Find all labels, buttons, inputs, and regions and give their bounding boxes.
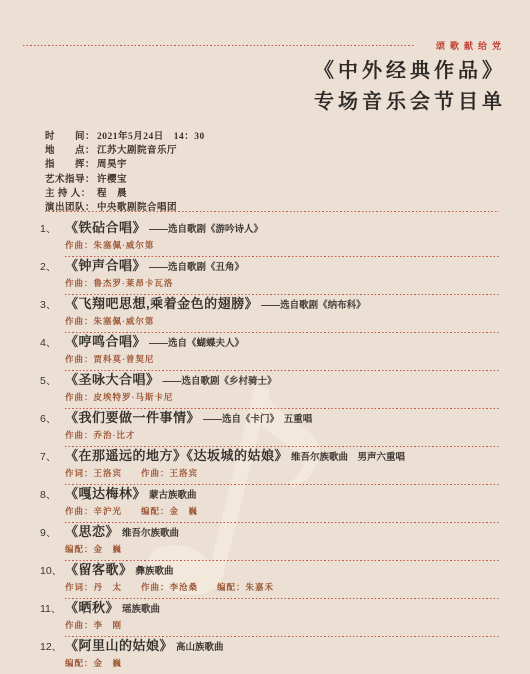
credit-line: 作曲：李 刚 bbox=[65, 619, 499, 631]
item-number: 4、 bbox=[40, 335, 65, 350]
program-item-1: 1、 《铁砧合唱》 ——选自歌剧《游吟诗人》 作曲：朱塞佩·威尔第 bbox=[40, 217, 499, 255]
item-separator bbox=[65, 484, 499, 485]
song-title: 《铁砧合唱》 bbox=[65, 217, 146, 236]
song-title: 《在那遥远的地方》《达坂城的姑娘》 bbox=[65, 445, 288, 464]
credit-line: 作曲：乔治·比才 bbox=[65, 429, 499, 441]
program-item-5: 5、 《圣咏大合唱》 ——选自歌剧《乡村骑士》 作曲：皮埃特罗·马斯卡尼 bbox=[40, 369, 499, 407]
program-item-2: 2、 《钟声合唱》 ——选自歌剧《丑角》 作曲：鲁杰罗·莱昂卡瓦洛 bbox=[40, 255, 499, 293]
credit-line: 作词：王洛宾 作曲：王洛宾 bbox=[65, 467, 499, 479]
program-list: 1、 《铁砧合唱》 ——选自歌剧《游吟诗人》 作曲：朱塞佩·威尔第 2、 《钟声… bbox=[40, 217, 499, 673]
info-row-artistic-director: 艺术指导：许樱宝 bbox=[45, 173, 205, 187]
item-number: 12、 bbox=[40, 639, 65, 654]
credit-line: 编配：金 巍 bbox=[65, 657, 499, 669]
info-separator bbox=[45, 211, 499, 212]
program-item-7: 7、 《在那遥远的地方》《达坂城的姑娘》 维吾尔族歌曲 男声六重唱 作词：王洛宾… bbox=[40, 445, 499, 483]
program-item-3: 3、 《飞翔吧思想,乘着金色的翅膀》 ——选自歌剧《纳布科》 作曲：朱塞佩·威尔… bbox=[40, 293, 499, 331]
info-row-conductor: 指 挥：周昊宇 bbox=[45, 158, 205, 172]
info-value: 2021年5月24日 14：30 bbox=[97, 132, 205, 142]
item-number: 7、 bbox=[40, 449, 65, 464]
program-item-8: 8、 《嘎达梅林》 蒙古族歌曲 作曲：辛沪光 编配：金 巍 bbox=[40, 483, 499, 521]
program-item-6: 6、 《我们要做一件事情》 ——选自《卡门》 五重唱 作曲：乔治·比才 bbox=[40, 407, 499, 445]
credit-line: 作曲：鲁杰罗·莱昂卡瓦洛 bbox=[65, 277, 499, 289]
credit-line: 作曲：朱塞佩·威尔第 bbox=[65, 315, 499, 327]
credit-line: 作曲：朱塞佩·威尔第 bbox=[65, 239, 499, 251]
program-item-4: 4、 《哼鸣合唱》 ——选自《蝴蝶夫人》 作曲：贾科莫·普契尼 bbox=[40, 331, 499, 369]
info-label: 地 点： bbox=[45, 144, 97, 158]
item-number: 9、 bbox=[40, 525, 65, 540]
song-subtitle: 高山族歌曲 bbox=[176, 639, 224, 653]
info-label: 艺术指导： bbox=[45, 173, 97, 187]
page-title-line1: 《中外经典作品》 bbox=[314, 56, 506, 87]
item-separator bbox=[65, 522, 499, 523]
song-title: 《钟声合唱》 bbox=[65, 255, 146, 274]
song-title: 《阿里山的姑娘》 bbox=[65, 635, 173, 654]
item-separator bbox=[65, 294, 499, 295]
item-separator bbox=[65, 256, 499, 257]
item-number: 5、 bbox=[40, 373, 65, 388]
song-subtitle: ——选自《卡门》 五重唱 bbox=[203, 411, 312, 425]
song-subtitle: 维吾尔族歌曲 bbox=[122, 525, 179, 539]
song-subtitle: ——选自歌剧《乡村骑士》 bbox=[163, 373, 277, 387]
song-title: 《晒秋》 bbox=[65, 597, 119, 616]
item-separator bbox=[65, 332, 499, 333]
song-title: 《哼鸣合唱》 bbox=[65, 331, 146, 350]
credit-line: 作曲：皮埃特罗·马斯卡尼 bbox=[65, 391, 499, 403]
page-title-line2: 专场音乐会节目单 bbox=[314, 87, 506, 118]
item-separator bbox=[65, 370, 499, 371]
program-item-10: 10、 《留客歌》 彝族歌曲 作词：丹 太 作曲：李沧桑 编配：朱嘉禾 bbox=[40, 559, 499, 597]
song-subtitle: ——选自《蝴蝶夫人》 bbox=[149, 335, 244, 349]
song-title: 《思恋》 bbox=[65, 521, 119, 540]
header-dashed-rule bbox=[23, 45, 414, 46]
song-subtitle: 彝族歌曲 bbox=[136, 563, 174, 577]
info-row-ensemble: 演出团队：中央歌剧院合唱团 bbox=[45, 201, 205, 215]
item-number: 3、 bbox=[40, 297, 65, 312]
item-separator bbox=[65, 446, 499, 447]
info-row-venue: 地 点：江苏大剧院音乐厅 bbox=[45, 144, 205, 158]
credit-line: 编配：金 巍 bbox=[65, 543, 499, 555]
item-number: 11、 bbox=[40, 601, 65, 616]
item-separator bbox=[65, 636, 499, 637]
info-label: 指 挥： bbox=[45, 158, 97, 172]
song-subtitle: 蒙古族歌曲 bbox=[149, 487, 197, 501]
item-separator bbox=[65, 408, 499, 409]
page-title: 《中外经典作品》 专场音乐会节目单 bbox=[314, 56, 506, 118]
song-title: 《圣咏大合唱》 bbox=[65, 369, 160, 388]
item-separator bbox=[65, 598, 499, 599]
info-label: 时 间： bbox=[45, 130, 97, 144]
song-subtitle: 维吾尔族歌曲 男声六重唱 bbox=[291, 449, 405, 463]
item-number: 10、 bbox=[40, 563, 65, 578]
credit-line: 作曲：贾科莫·普契尼 bbox=[65, 353, 499, 365]
event-info: 时 间：2021年5月24日 14：30 地 点：江苏大剧院音乐厅 指 挥：周昊… bbox=[45, 130, 205, 215]
info-row-time: 时 间：2021年5月24日 14：30 bbox=[45, 130, 205, 144]
song-title: 《嘎达梅林》 bbox=[65, 483, 146, 502]
song-subtitle: ——选自歌剧《纳布科》 bbox=[261, 297, 366, 311]
info-label: 主 持 人： bbox=[45, 187, 97, 201]
item-number: 2、 bbox=[40, 259, 65, 274]
item-number: 8、 bbox=[40, 487, 65, 502]
song-title: 《我们要做一件事情》 bbox=[65, 407, 200, 426]
info-row-host: 主 持 人：程 晨 bbox=[45, 187, 205, 201]
program-page: ♪ 颂歌献给党 《中外经典作品》 专场音乐会节目单 时 间：2021年5月24日… bbox=[0, 0, 530, 674]
slogan-text: 颂歌献给党 bbox=[436, 39, 506, 52]
song-title: 《飞翔吧思想,乘着金色的翅膀》 bbox=[65, 293, 258, 312]
program-item-11: 11、 《晒秋》 瑶族歌曲 作曲：李 刚 bbox=[40, 597, 499, 635]
page-header: 颂歌献给党 bbox=[23, 39, 506, 52]
info-value: 江苏大剧院音乐厅 bbox=[97, 146, 177, 156]
song-subtitle: 瑶族歌曲 bbox=[122, 601, 160, 615]
item-number: 6、 bbox=[40, 411, 65, 426]
info-value: 许樱宝 bbox=[97, 175, 127, 185]
program-item-12: 12、 《阿里山的姑娘》 高山族歌曲 编配：金 巍 bbox=[40, 635, 499, 673]
program-item-9: 9、 《思恋》 维吾尔族歌曲 编配：金 巍 bbox=[40, 521, 499, 559]
info-value: 周昊宇 bbox=[97, 160, 127, 170]
credit-line: 作曲：辛沪光 编配：金 巍 bbox=[65, 505, 499, 517]
info-value: 程 晨 bbox=[97, 189, 127, 199]
item-number: 1、 bbox=[40, 221, 65, 236]
song-title: 《留客歌》 bbox=[65, 559, 133, 578]
item-separator bbox=[65, 560, 499, 561]
song-subtitle: ——选自歌剧《游吟诗人》 bbox=[149, 221, 263, 235]
info-label: 演出团队： bbox=[45, 201, 97, 215]
credit-line: 作词：丹 太 作曲：李沧桑 编配：朱嘉禾 bbox=[65, 581, 499, 593]
song-subtitle: ——选自歌剧《丑角》 bbox=[149, 259, 244, 273]
